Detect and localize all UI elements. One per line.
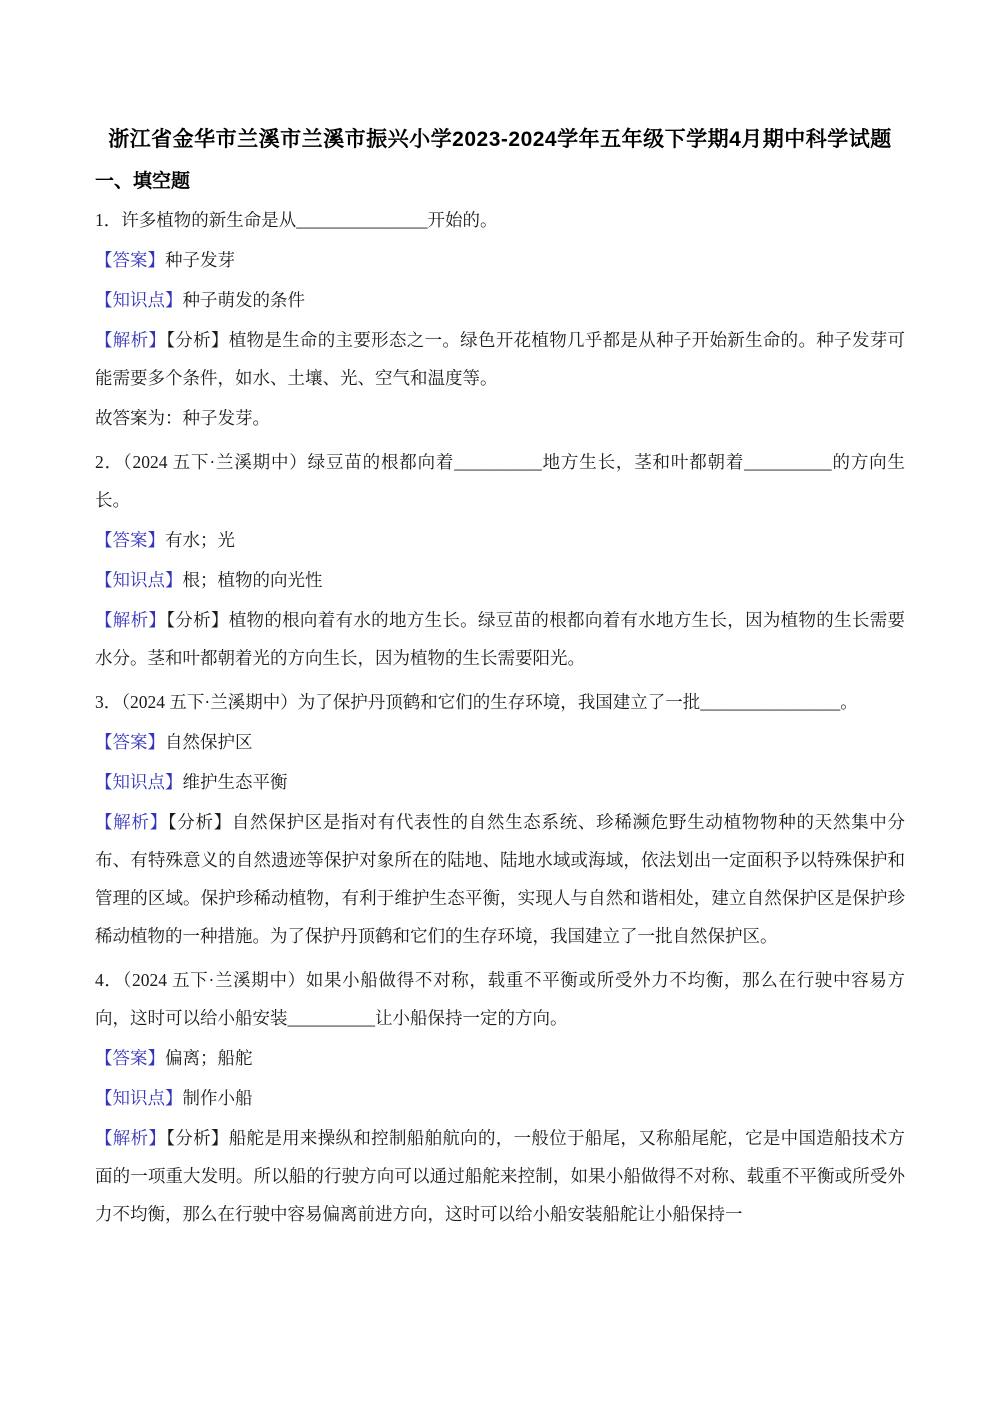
question-block-4: 4．（2024 五下·兰溪期中）如果小船做得不对称，载重不平衡或所受外力不均衡，…: [95, 961, 905, 1233]
answer-text: 种子发芽: [165, 250, 235, 270]
answer-line: 【答案】自然保护区: [95, 723, 905, 761]
answer-text: 有水；光: [165, 530, 235, 550]
knowledge-text: 种子萌发的条件: [183, 290, 306, 310]
section-heading-fill-in-blank: 一、填空题: [95, 167, 905, 197]
answer-label: 【答案】: [95, 530, 165, 550]
question-block-1: 1．许多植物的新生命是从_______________开始的。 【答案】种子发芽…: [95, 201, 905, 437]
analysis-line: 【解析】【分析】船舵是用来操纵和控制船舶航向的，一般位于船尾，又称船尾舵，它是中…: [95, 1119, 905, 1233]
knowledge-line: 【知识点】根；植物的向光性: [95, 561, 905, 599]
answer-line: 【答案】偏离；船舵: [95, 1039, 905, 1077]
knowledge-label: 【知识点】: [95, 772, 183, 792]
answer-text: 偏离；船舵: [165, 1048, 253, 1068]
answer-line: 【答案】有水；光: [95, 521, 905, 559]
question-block-2: 2．（2024 五下·兰溪期中）绿豆苗的根都向着__________地方生长，茎…: [95, 443, 905, 677]
answer-label: 【答案】: [95, 1048, 165, 1068]
analysis-line: 【解析】【分析】植物的根向着有水的地方生长。绿豆苗的根都向着有水地方生长，因为植…: [95, 601, 905, 677]
knowledge-line: 【知识点】制作小船: [95, 1079, 905, 1117]
knowledge-text: 维护生态平衡: [183, 772, 288, 792]
analysis-conclusion: 故答案为：种子发芽。: [95, 399, 905, 437]
analysis-label: 【解析】: [95, 1128, 166, 1148]
question-stem: 2．（2024 五下·兰溪期中）绿豆苗的根都向着__________地方生长，茎…: [95, 443, 905, 519]
analysis-label: 【解析】: [95, 610, 166, 630]
knowledge-label: 【知识点】: [95, 1088, 183, 1108]
page-title: 浙江省金华市兰溪市兰溪市振兴小学2023-2024学年五年级下学期4月期中科学试…: [95, 116, 905, 163]
question-block-3: 3．（2024 五下·兰溪期中）为了保护丹顶鹤和它们的生存环境，我国建立了一批_…: [95, 683, 905, 955]
question-stem: 3．（2024 五下·兰溪期中）为了保护丹顶鹤和它们的生存环境，我国建立了一批_…: [95, 683, 905, 721]
analysis-text: 【分析】船舵是用来操纵和控制船舶航向的，一般位于船尾，又称船尾舵，它是中国造船技…: [95, 1128, 905, 1224]
answer-label: 【答案】: [95, 732, 165, 752]
knowledge-line: 【知识点】种子萌发的条件: [95, 281, 905, 319]
answer-line: 【答案】种子发芽: [95, 241, 905, 279]
knowledge-label: 【知识点】: [95, 290, 183, 310]
analysis-line: 【解析】【分析】植物是生命的主要形态之一。绿色开花植物几乎都是从种子开始新生命的…: [95, 321, 905, 397]
analysis-text: 【分析】植物是生命的主要形态之一。绿色开花植物几乎都是从种子开始新生命的。种子发…: [95, 330, 905, 388]
analysis-label: 【解析】: [95, 812, 168, 832]
question-stem: 1．许多植物的新生命是从_______________开始的。: [95, 201, 905, 239]
exam-page: 浙江省金华市兰溪市兰溪市振兴小学2023-2024学年五年级下学期4月期中科学试…: [0, 0, 1000, 1414]
analysis-label: 【解析】: [95, 330, 166, 350]
answer-label: 【答案】: [95, 250, 165, 270]
analysis-text: 【分析】自然保护区是指对有代表性的自然生态系统、珍稀濒危野生动植物物种的天然集中…: [95, 812, 905, 946]
knowledge-label: 【知识点】: [95, 570, 183, 590]
analysis-text: 【分析】植物的根向着有水的地方生长。绿豆苗的根都向着有水地方生长，因为植物的生长…: [95, 610, 905, 668]
knowledge-text: 根；植物的向光性: [183, 570, 323, 590]
question-stem: 4．（2024 五下·兰溪期中）如果小船做得不对称，载重不平衡或所受外力不均衡，…: [95, 961, 905, 1037]
analysis-line: 【解析】【分析】自然保护区是指对有代表性的自然生态系统、珍稀濒危野生动植物物种的…: [95, 803, 905, 955]
knowledge-text: 制作小船: [183, 1088, 253, 1108]
answer-text: 自然保护区: [165, 732, 253, 752]
knowledge-line: 【知识点】维护生态平衡: [95, 763, 905, 801]
